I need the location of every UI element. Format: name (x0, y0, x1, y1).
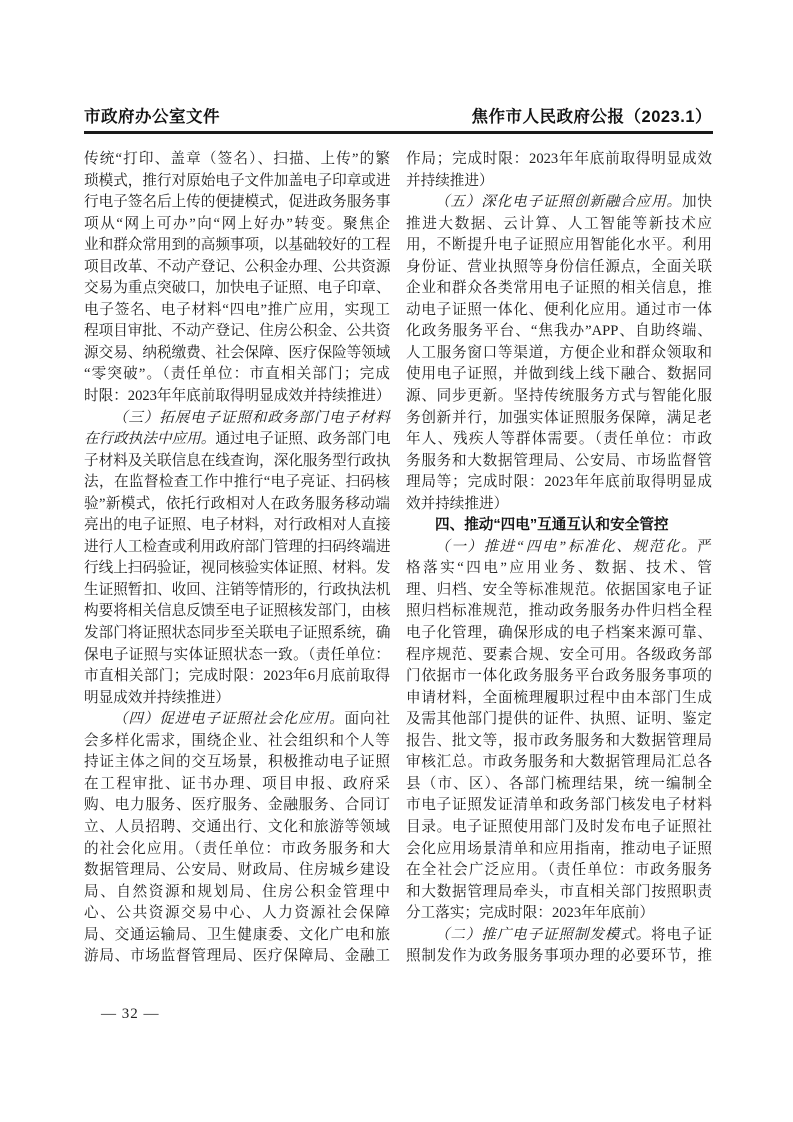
body-text: 明显成效并持续推进） (84, 690, 230, 706)
body-text: 申请材料，全面梳理履职过程中由本部门生成 (406, 690, 712, 706)
text-line: 分工落实；完成时限：2023年年底前） (406, 903, 712, 925)
body-text: 的社会化应用。（责任单位：市政务服务和大 (84, 841, 390, 857)
section-heading: 四、推动“四电”互通互认和安全管控 (406, 515, 712, 537)
body-text: 会化应用场景清单和应用指南，推动电子证照 (406, 841, 712, 857)
body-text: 及需其他部门提供的证件、执照、证明、鉴定 (406, 711, 712, 727)
text-line: 交易为重点突破口，加快电子证照、电子印章、 (84, 278, 390, 300)
text-line: 在全社会广泛应用。（责任单位：市政务服务 (406, 860, 712, 882)
body-text: 进行人工检查或利用政府部门管理的扫码终端进 (84, 539, 390, 555)
text-line: 身份证、营业执照等身份信任源点，全面关联 (406, 257, 712, 279)
header-divider-rule (84, 131, 713, 134)
body-text: 源、同步更新。坚持传统服务方式与智能化服 (406, 388, 712, 404)
text-line: 理、归档、安全等标准规范。依据国家电子证 (406, 580, 712, 602)
body-text: 格落实“四电”应用业务、数据、技术、管 (406, 560, 712, 576)
text-line: 亮出的电子证照、电子材料，对行政相对人直接 (84, 515, 390, 537)
body-text: 心、公共资源交易中心、人力资源社会保障 (84, 905, 390, 921)
text-line: 业和群众常用到的高频事项，以基础较好的工程 (84, 235, 390, 257)
body-text: “零突破”。（责任单位：市直相关部门；完成 (84, 366, 390, 382)
body-text: 保电子证照与实体证照状态一致。（责任单位： (84, 647, 390, 663)
text-line: 照归档标准规范，推动政务服务办件归档全程 (406, 601, 712, 623)
body-text: 报告、批文等，报市政务服务和大数据管理局 (406, 733, 712, 749)
body-text: 动电子证照一体化、便利化应用。通过市一体 (406, 302, 712, 318)
body-text: 门依据市一体化政务服务平台政务服务事项的 (406, 668, 712, 684)
body-text: 理、归档、安全等标准规范。依据国家电子证 (406, 582, 712, 598)
body-text: 县（市、区）、各部门梳理结果，统一编制全 (406, 776, 712, 792)
left-text-column: 传统“打印、盖章（签名）、扫描、上传”的繁琐模式，推行对原始电子文件加盖电子印章… (84, 149, 390, 968)
body-text: 立、人员招聘、交通出行、文化和旅游等领域 (84, 819, 390, 835)
text-line: 动电子证照一体化、便利化应用。通过市一体 (406, 300, 712, 322)
text-line: 门依据市一体化政务服务平台政务服务事项的 (406, 666, 712, 688)
body-text: 构要将相关信息反馈至电子证照核发部门，由核 (84, 603, 390, 619)
page-header: 市政府办公室文件 焦作市人民政府公报（2023.1） (84, 103, 712, 127)
body-text: 交易为重点突破口，加快电子证照、电子印章、 (84, 280, 390, 296)
text-line: 项从“网上可办”向“网上好办”转变。聚焦企 (84, 214, 390, 236)
body-text: 程序规范、要素合规、安全可用。各级政务部 (406, 647, 712, 663)
item-title-text: （四）促进电子证照社会化应用。 (113, 711, 345, 727)
body-text: 审核汇总。市政务服务和大数据管理局汇总各 (406, 754, 712, 770)
item-title-text: （二）推广电子证照制发模式。 (435, 927, 651, 943)
text-line: 立、人员招聘、交通出行、文化和旅游等领域 (84, 817, 390, 839)
body-text: 业和群众常用到的高频事项，以基础较好的工程 (84, 237, 390, 253)
body-text: 推进大数据、云计算、人工智能等新技术应 (406, 216, 712, 232)
body-text: 游局、市场监督管理局、医疗保障局、金融工 (84, 948, 390, 964)
body-text: 企业和群众各类常用电子证照的相关信息，推 (406, 280, 712, 296)
text-line: 发部门将证照状态同步至关联电子证照系统，确 (84, 623, 390, 645)
body-text: 身份证、营业执照等身份信任源点，全面关联 (406, 259, 712, 275)
text-line: （四）促进电子证照社会化应用。面向社 (84, 709, 390, 731)
body-text: 使用电子证照，并做到线上线下融合、数据同 (406, 366, 712, 382)
body-text: 作局；完成时限：2023年年底前取得明显成效 (406, 151, 712, 167)
item-title-text: （一）推进“四电”标准化、规范化。 (435, 539, 697, 555)
body-text: 照归档标准规范，推动政务服务办件归档全程 (406, 603, 712, 619)
text-line: 理局等；完成时限：2023年年底前取得明显成 (406, 472, 712, 494)
body-text: 人工服务窗口等渠道，方便企业和群众领取和 (406, 345, 712, 361)
text-line: 效并持续推进） (406, 494, 712, 516)
right-text-column: 作局；完成时限：2023年年底前取得明显成效并持续推进）（五）深化电子证照创新融… (406, 149, 712, 968)
body-text: 购、电力服务、医疗服务、金融服务、合同订 (84, 797, 390, 813)
text-line: “零突破”。（责任单位：市直相关部门；完成 (84, 364, 390, 386)
text-line: 申请材料，全面梳理履职过程中由本部门生成 (406, 688, 712, 710)
text-line: 数据管理局、公安局、财政局、住房城乡建设 (84, 860, 390, 882)
text-line: 源交易、纳税缴费、社会保障、医疗保险等领域 (84, 343, 390, 365)
text-line: 和大数据管理局牵头，市直相关部门按照职责 (406, 882, 712, 904)
header-left-title: 市政府办公室文件 (84, 103, 220, 127)
text-line: 项目改革、不动产登记、公积金办理、公共资源 (84, 257, 390, 279)
text-line: 法，在监督检查工作中推行“电子亮证、扫码核 (84, 472, 390, 494)
body-text: 项从“网上可办”向“网上好办”转变。聚焦企 (84, 216, 390, 232)
body-text: 通过电子证照、政务部门电 (215, 431, 390, 447)
text-line: 保电子证照与实体证照状态一致。（责任单位： (84, 645, 390, 667)
body-text: 将电子证 (651, 927, 712, 943)
text-line: 局、自然资源和规划局、住房公积金管理中 (84, 882, 390, 904)
text-line: 作局；完成时限：2023年年底前取得明显成效 (406, 149, 712, 171)
body-text: 市电子证照发证清单和政务部门核发电子材料 (406, 797, 712, 813)
body-text: 四、推动“四电”互通互认和安全管控 (435, 517, 669, 533)
text-line: 生证照暂扣、收回、注销等情形的，行政执法机 (84, 580, 390, 602)
text-line: 化政务服务平台、“焦我办”APP、自助终端、 (406, 321, 712, 343)
header-right-title: 焦作市人民政府公报（2023.1） (472, 103, 712, 127)
text-line: 进行人工检查或利用政府部门管理的扫码终端进 (84, 537, 390, 559)
text-line: （二）推广电子证照制发模式。将电子证 (406, 925, 712, 947)
body-text: 发部门将证照状态同步至关联电子证照系统，确 (84, 625, 390, 641)
text-line: 格落实“四电”应用业务、数据、技术、管 (406, 558, 712, 580)
body-text: 目录。电子证照使用部门及时发布电子证照社 (406, 819, 712, 835)
text-line: 局、交通运输局、卫生健康委、文化广电和旅 (84, 925, 390, 947)
body-text: 时限：2023年年底前取得明显成效并持续推进） (84, 388, 390, 404)
body-text: 市直相关部门；完成时限：2023年6月底前取得 (84, 668, 390, 684)
body-text: 务创新并行，加强实体证照服务保障，满足老 (406, 410, 712, 426)
text-line: 用，不断提升电子证照应用智能化水平。利用 (406, 235, 712, 257)
text-line: 时限：2023年年底前取得明显成效并持续推进） (84, 386, 390, 408)
body-text: 持证主体之间的交互场景，积极推动电子证照 (84, 754, 390, 770)
body-text: 琐模式，推行对原始电子文件加盖电子印章或进 (84, 173, 390, 189)
text-line: 行线上扫码验证，视同核验实体证照、材料。发 (84, 558, 390, 580)
text-line: 年人、残疾人等群体需要。（责任单位：市政 (406, 429, 712, 451)
item-title-text: （三）拓展电子证照和政务部门电子材料 (113, 410, 390, 426)
body-text: 亮出的电子证照、电子材料，对行政相对人直接 (84, 517, 390, 533)
text-line: 会多样化需求，围绕企业、社会组织和个人等 (84, 731, 390, 753)
text-line: 明显成效并持续推进） (84, 688, 390, 710)
body-text: 在全社会广泛应用。（责任单位：市政务服务 (406, 862, 712, 878)
body-text: 加快 (682, 194, 712, 210)
text-line: 务创新并行，加强实体证照服务保障，满足老 (406, 408, 712, 430)
body-text: 年人、残疾人等群体需要。（责任单位：市政 (406, 431, 712, 447)
text-line: 购、电力服务、医疗服务、金融服务、合同订 (84, 795, 390, 817)
text-line: 人工服务窗口等渠道，方便企业和群众领取和 (406, 343, 712, 365)
body-text: 验”新模式，依托行政相对人在政务服务移动端 (84, 496, 390, 512)
text-line: 电子签名、电子材料“四电”推广应用，实现工 (84, 300, 390, 322)
body-text: 化政务服务平台、“焦我办”APP、自助终端、 (406, 323, 712, 339)
text-line: 持证主体之间的交互场景，积极推动电子证照 (84, 752, 390, 774)
text-line: 使用电子证照，并做到线上线下融合、数据同 (406, 364, 712, 386)
item-title-text: （五）深化电子证照创新融合应用。 (435, 194, 682, 210)
text-line: 电子化管理，确保形成的电子档案来源可靠、 (406, 623, 712, 645)
body-text: 效并持续推进） (406, 496, 508, 512)
body-text: 电子签名、电子材料“四电”推广应用，实现工 (84, 302, 390, 318)
text-line: 企业和群众各类常用电子证照的相关信息，推 (406, 278, 712, 300)
text-line: 市电子证照发证清单和政务部门核发电子材料 (406, 795, 712, 817)
text-line: 游局、市场监督管理局、医疗保障局、金融工 (84, 946, 390, 968)
text-line: 琐模式，推行对原始电子文件加盖电子印章或进 (84, 171, 390, 193)
text-line: 审核汇总。市政务服务和大数据管理局汇总各 (406, 752, 712, 774)
text-line: 程项目审批、不动产登记、住房公积金、公共资 (84, 321, 390, 343)
body-text: 程项目审批、不动产登记、住房公积金、公共资 (84, 323, 390, 339)
text-line: 县（市、区）、各部门梳理结果，统一编制全 (406, 774, 712, 796)
text-line: 推进大数据、云计算、人工智能等新技术应 (406, 214, 712, 236)
body-text: 理局等；完成时限：2023年年底前取得明显成 (406, 474, 712, 490)
text-line: 心、公共资源交易中心、人力资源社会保障 (84, 903, 390, 925)
body-text: 子材料及关联信息在线查询，深化服务型行政执 (84, 453, 390, 469)
text-line: 在工程审批、证书办理、项目申报、政府采 (84, 774, 390, 796)
body-text: 数据管理局、公安局、财政局、住房城乡建设 (84, 862, 390, 878)
text-line: 务服务和大数据管理局、公安局、市场监督管 (406, 451, 712, 473)
body-text: 电子化管理，确保形成的电子档案来源可靠、 (406, 625, 712, 641)
body-text: 行电子签名后上传的便捷模式，促进政务服务事 (84, 194, 390, 210)
text-line: 在行政执法中应用。通过电子证照、政务部门电 (84, 429, 390, 451)
text-line: 源、同步更新。坚持传统服务方式与智能化服 (406, 386, 712, 408)
body-text: 和大数据管理局牵头，市直相关部门按照职责 (406, 884, 712, 900)
body-text: 分工落实；完成时限：2023年年底前） (406, 905, 654, 921)
text-line: 会化应用场景清单和应用指南，推动电子证照 (406, 839, 712, 861)
body-text: 源交易、纳税缴费、社会保障、医疗保险等领域 (84, 345, 390, 361)
body-text: 法，在监督检查工作中推行“电子亮证、扫码核 (84, 474, 390, 490)
body-text: 面向社 (345, 711, 390, 727)
text-line: （一）推进“四电”标准化、规范化。严 (406, 537, 712, 559)
body-text: 传统“打印、盖章（签名）、扫描、上传”的繁 (84, 151, 390, 167)
body-text: 生证照暂扣、收回、注销等情形的，行政执法机 (84, 582, 390, 598)
text-line: 的社会化应用。（责任单位：市政务服务和大 (84, 839, 390, 861)
body-text: 局、自然资源和规划局、住房公积金管理中 (84, 884, 390, 900)
text-line: 行电子签名后上传的便捷模式，促进政务服务事 (84, 192, 390, 214)
text-line: 构要将相关信息反馈至电子证照核发部门，由核 (84, 601, 390, 623)
body-text: 严 (697, 539, 712, 555)
text-line: 报告、批文等，报市政务服务和大数据管理局 (406, 731, 712, 753)
text-line: 验”新模式，依托行政相对人在政务服务移动端 (84, 494, 390, 516)
text-line: 目录。电子证照使用部门及时发布电子证照社 (406, 817, 712, 839)
body-text: 用，不断提升电子证照应用智能化水平。利用 (406, 237, 712, 253)
body-text: 在工程审批、证书办理、项目申报、政府采 (84, 776, 390, 792)
text-line: （五）深化电子证照创新融合应用。加快 (406, 192, 712, 214)
body-text: 务服务和大数据管理局、公安局、市场监督管 (406, 453, 712, 469)
body-text: 项目改革、不动产登记、公积金办理、公共资源 (84, 259, 390, 275)
body-text: 局、交通运输局、卫生健康委、文化广电和旅 (84, 927, 390, 943)
text-line: 并持续推进） (406, 171, 712, 193)
body-text: 照制发作为政务服务事项办理的必要环节，推 (406, 948, 712, 964)
text-line: （三）拓展电子证照和政务部门电子材料 (84, 408, 390, 430)
page-number: — 32 — (101, 1006, 160, 1023)
text-line: 传统“打印、盖章（签名）、扫描、上传”的繁 (84, 149, 390, 171)
body-text: 并持续推进） (406, 173, 494, 189)
body-text: 会多样化需求，围绕企业、社会组织和个人等 (84, 733, 390, 749)
text-line: 照制发作为政务服务事项办理的必要环节，推 (406, 946, 712, 968)
body-text: 行线上扫码验证，视同核验实体证照、材料。发 (84, 560, 390, 576)
text-line: 及需其他部门提供的证件、执照、证明、鉴定 (406, 709, 712, 731)
text-line: 程序规范、要素合规、安全可用。各级政务部 (406, 645, 712, 667)
item-title-text: 在行政执法中应用。 (84, 431, 215, 447)
document-page: 市政府办公室文件 焦作市人民政府公报（2023.1） 传统“打印、盖章（签名）、… (0, 0, 793, 1122)
text-line: 子材料及关联信息在线查询，深化服务型行政执 (84, 451, 390, 473)
text-line: 市直相关部门；完成时限：2023年6月底前取得 (84, 666, 390, 688)
